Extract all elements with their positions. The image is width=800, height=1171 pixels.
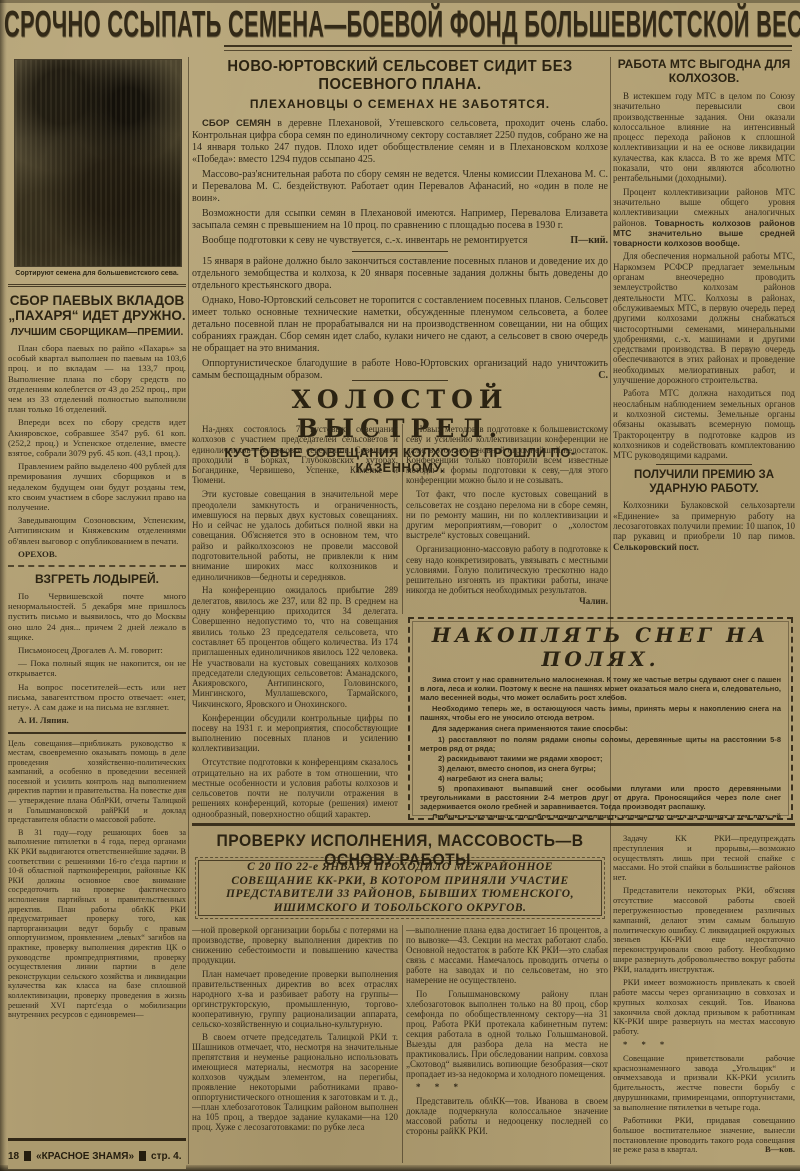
paragraph: В истекшем году МТС в целом по Союзу зна… bbox=[613, 91, 795, 184]
article-pahar-signature: ОРЕХОВ. bbox=[8, 549, 186, 559]
footer-paper-name: «КРАСНОЕ ЗНАМЯ» bbox=[36, 1151, 134, 1162]
article-novo-yurtovsky-body: СБОР СЕМЯН в деревне Плехановой, Утешевс… bbox=[192, 118, 608, 382]
paragraph: 15 января в районе должно было закончить… bbox=[192, 256, 608, 292]
signature-p-kiy: П—кий. bbox=[560, 235, 608, 247]
divider bbox=[8, 732, 186, 734]
paragraph: РКИ имеет возможность привлекать к своей… bbox=[613, 978, 795, 1037]
bottom-lede-box: С 20 ПО 22-е ЯНВАРЯ ПРОХОДИЛО МЕЖРАЙОННО… bbox=[198, 860, 602, 916]
seed-sorting-photo bbox=[14, 59, 182, 267]
left-continuation: Цель совещания—приближать руководство к … bbox=[8, 739, 186, 1020]
kholostoi-column-right: Новых методов в подготовке к большевистс… bbox=[406, 424, 608, 615]
article-pahar-title-line1: СБОР ПАЕВЫХ ВКЛАДОВ bbox=[8, 293, 186, 308]
snow-box-body: Зима стоит у нас сравнительно малоснежна… bbox=[420, 675, 781, 820]
paragraph: Заведывающим Созоновским, Успенским, Ант… bbox=[8, 515, 186, 546]
paragraph: Процент коллективизации районов МТС знач… bbox=[613, 187, 795, 249]
paragraph: Зима стоит у нас сравнительно малоснежна… bbox=[420, 675, 781, 702]
paragraph: Тот факт, что после кустовых совещаний в… bbox=[406, 489, 608, 540]
article-lodyri-body: По Червишевской почте много ненормальнос… bbox=[8, 591, 186, 725]
article-novo-yurtovsky-title: НОВО-ЮРТОВСКИЙ СЕЛЬСОВЕТ СИДИТ БЕЗ ПОСЕВ… bbox=[209, 58, 592, 94]
paragraph: Любым из указанных способов можно увелич… bbox=[420, 812, 781, 820]
paragraph-text: Вообще подготовки к севу не чувствуется,… bbox=[202, 235, 527, 246]
divider bbox=[8, 565, 186, 567]
column-rule-left bbox=[188, 57, 189, 1164]
star-separator: * * * bbox=[406, 1082, 608, 1092]
banner-headline: СРОЧНО ССЫПАТЬ СЕМЕНА—БОЕВОЙ ФОНД БОЛЬШЕ… bbox=[4, 3, 800, 46]
paragraph: Организационно-массовую работу в подгото… bbox=[406, 544, 608, 595]
paragraph: СБОР СЕМЯН в деревне Плехановой, Утешевс… bbox=[192, 118, 608, 166]
section-divider bbox=[192, 823, 795, 826]
list-item: 3) делают, вместо снопов, из снега бугры… bbox=[420, 764, 781, 773]
paragraph: Для обеспечения нормальной работы МТС, Н… bbox=[613, 251, 795, 385]
snow-retention-box: НАКОПЛЯТЬ СНЕГ НА ПОЛЯХ. Зима стоит у на… bbox=[408, 617, 793, 820]
paragraph: Необходимо теперь же, в остающуюся часть… bbox=[420, 704, 781, 722]
paragraph: Эти кустовые совещания в значительной ме… bbox=[192, 489, 398, 582]
list-item: 4) нагребают из снега валы; bbox=[420, 774, 781, 783]
paragraph: Совещание приветствовали рабочие красноз… bbox=[613, 1054, 795, 1113]
paragraph: Письмоносец Дрогалев А. М. говорит: bbox=[8, 645, 186, 655]
divider bbox=[656, 464, 752, 465]
footer-block-icon bbox=[24, 1151, 31, 1161]
paragraph: Впереди всех по сбору средств идет Акияр… bbox=[8, 417, 186, 458]
article-novo-yurtovsky: НОВО-ЮРТОВСКИЙ СЕЛЬСОВЕТ СИДИТ БЕЗ ПОСЕВ… bbox=[192, 58, 608, 385]
bottom-column-left: —ной проверкой организации борьбы с поте… bbox=[192, 925, 398, 1163]
article-pahar-title-line2: „ПАХАРЯ“ ИДЕТ ДРУЖНО. bbox=[8, 308, 186, 323]
paragraph: Оппортунистическое благодушие в работе Н… bbox=[192, 358, 608, 382]
paragraph: Однако, Ново-Юртовский сельсовет не торо… bbox=[192, 295, 608, 355]
article-mts-body: В истекшем году МТС в целом по Союзу зна… bbox=[613, 91, 795, 460]
paragraph: На конференцию ожидалось прибытие 289 де… bbox=[192, 585, 398, 709]
list-item: 5) пропахивают выпавший снег особыми плу… bbox=[420, 784, 781, 811]
subcolumn-rule-bottom bbox=[402, 925, 403, 1163]
footer-block-icon bbox=[139, 1151, 146, 1161]
paragraph: Массово-раз'яснительная работа по сбору … bbox=[192, 169, 608, 205]
paragraph-text: Колхозники Булаковской сельхозартели «Ед… bbox=[613, 500, 795, 541]
page-footer: 18 «КРАСНОЕ ЗНАМЯ» стр. 4. bbox=[8, 1138, 186, 1169]
paragraph: — Пока полный ящик не накопится, он не о… bbox=[8, 658, 186, 678]
signature-selkor-post: Селькоровский пост. bbox=[613, 542, 699, 552]
paragraph: Представители некоторых РКИ, об'ясняя от… bbox=[613, 886, 795, 974]
paragraph: Цель совещания—приближать руководство к … bbox=[8, 739, 186, 825]
photo-caption: Сортируют семена для большевистского сев… bbox=[8, 270, 186, 277]
article-pahar-subtitle: ЛУЧШИМ СБОРЩИКАМ—ПРЕМИИ. bbox=[8, 327, 186, 338]
paragraph: —выполнение плана едва достигает 16 проц… bbox=[406, 925, 608, 985]
article-novo-yurtovsky-subtitle: ПЛЕХАНОВЦЫ О СЕМЕНАХ НЕ ЗАБОТЯТСЯ. bbox=[192, 97, 608, 111]
paragraph: По Червишевской почте много ненормальнос… bbox=[8, 591, 186, 642]
paragraph: Правлением райпо выделено 400 рублей для… bbox=[8, 461, 186, 512]
paragraph: Новых методов в подготовке к большевистс… bbox=[406, 424, 608, 486]
article-lodyri-title: ВЗГРЕТЬ ЛОДЫРЕЙ. bbox=[8, 572, 186, 586]
paragraph: Конференции обсудили контрольные цифры п… bbox=[192, 713, 398, 754]
divider bbox=[8, 284, 186, 287]
divider bbox=[352, 251, 448, 252]
column-rule-right bbox=[610, 57, 611, 1164]
paragraph: Работа МТС должна находиться под неослаб… bbox=[613, 388, 795, 460]
banner: СРОЧНО ССЫПАТЬ СЕМЕНА—БОЕВОЙ ФОНД БОЛЬШЕ… bbox=[4, 3, 800, 47]
paragraph-text: Оппортунистическое благодушие в работе Н… bbox=[192, 358, 608, 381]
paragraph: Для задержания снега применяются такие с… bbox=[420, 724, 781, 733]
paragraph: Вообще подготовки к севу не чувствуется,… bbox=[192, 235, 608, 247]
list-item: 1) расставляют по полям рядами снопы сол… bbox=[420, 735, 781, 753]
paragraph-text: Организационно-массовую работу в подгото… bbox=[406, 544, 608, 595]
paragraph: Представитель облКК—тов. Иванова в своем… bbox=[406, 1096, 608, 1136]
article-pahar-body: План сбора паевых по райпо «Пахарь» за о… bbox=[8, 343, 186, 559]
paragraph: Возможности для ссыпки семян в Плеханово… bbox=[192, 208, 608, 232]
paragraph: —ной проверкой организации борьбы с поте… bbox=[192, 925, 398, 965]
paragraph: План намечает проведение проверки выполн… bbox=[192, 969, 398, 1029]
paragraph: На-днях состоялось 7 кустовых совещаний … bbox=[192, 424, 398, 486]
paragraph: Задачу КК РКИ—предупреждать преступления… bbox=[613, 834, 795, 883]
bottom-lede: С 20 ПО 22-е ЯНВАРЯ ПРОХОДИЛО МЕЖРАЙОННО… bbox=[209, 861, 591, 915]
footer-issue-number: 18 bbox=[8, 1151, 19, 1162]
paragraph: В своем отчете председатель Талицкой РКИ… bbox=[192, 1032, 398, 1132]
article-premia-body: Колхозники Булаковской сельхозартели «Ед… bbox=[613, 500, 795, 551]
left-column: Сортируют семена для большевистского сев… bbox=[8, 57, 186, 1137]
divider bbox=[352, 380, 448, 381]
paragraph: Колхозники Булаковской сельхозартели «Ед… bbox=[613, 500, 795, 551]
list-item: 2) раскидывают такими же рядами хворост; bbox=[420, 754, 781, 763]
bottom-column-middle: —выполнение плана едва достигает 16 проц… bbox=[406, 925, 608, 1163]
banner-underline bbox=[224, 45, 792, 51]
article-lodyri-signature: А. И. Ляпин. bbox=[8, 715, 186, 725]
paragraph: На вопрос посетителей—есть или нет письм… bbox=[8, 682, 186, 713]
signature-v-kov: В—ков. bbox=[755, 1145, 795, 1155]
star-separator: * * * bbox=[613, 1040, 795, 1050]
newspaper-page: СРОЧНО ССЫПАТЬ СЕМЕНА—БОЕВОЙ ФОНД БОЛЬШЕ… bbox=[0, 0, 800, 1171]
paragraph: По Голышмановскому району план хлебозаго… bbox=[406, 989, 608, 1079]
right-column: РАБОТА МТС ВЫГОДНА ДЛЯ КОЛХОЗОВ. В истек… bbox=[613, 57, 795, 615]
article-premia-title: ПОЛУЧИЛИ ПРЕМИЮ ЗА УДАРНУЮ РАБОТУ. bbox=[613, 469, 795, 496]
article-mts-title: РАБОТА МТС ВЫГОДНА ДЛЯ КОЛХОЗОВ. bbox=[613, 57, 795, 85]
snow-box-title: НАКОПЛЯТЬ СНЕГ НА ПОЛЯХ. bbox=[420, 623, 781, 671]
scan-edge-left bbox=[0, 0, 7, 1171]
lead-in: СБОР СЕМЯН bbox=[202, 118, 271, 129]
bottom-column-right: Задачу КК РКИ—предупреждать преступления… bbox=[613, 834, 795, 1162]
paragraph: Отсутствие подготовки к конференциям ска… bbox=[192, 757, 398, 818]
paragraph: Работники РКИ, придавая совещанию большо… bbox=[613, 1116, 795, 1155]
paragraph: План сбора паевых по райпо «Пахарь» за о… bbox=[8, 343, 186, 414]
signature-chalin: Чалин. bbox=[569, 596, 608, 606]
footer-page-number: стр. 4. bbox=[151, 1151, 181, 1162]
paragraph: В 31 году—году решающих боев за выполнен… bbox=[8, 828, 186, 1020]
kholostoi-column-left: На-днях состоялось 7 кустовых совещаний … bbox=[192, 424, 398, 818]
